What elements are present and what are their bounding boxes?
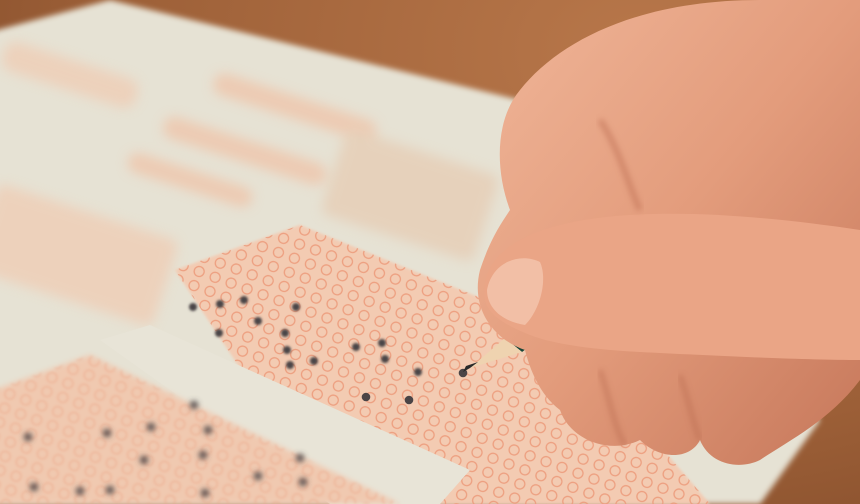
photo-scene (0, 0, 860, 504)
answer-sheet-photo (0, 0, 860, 504)
